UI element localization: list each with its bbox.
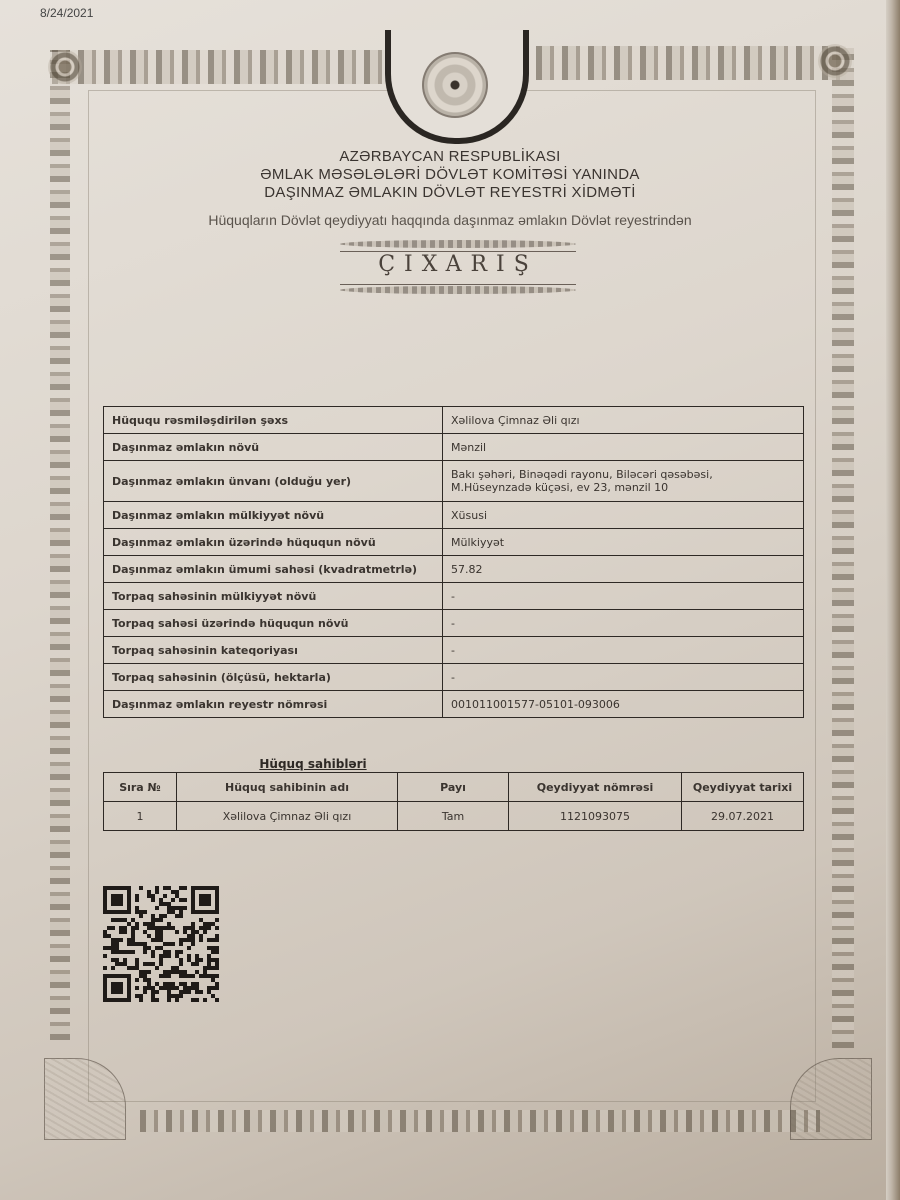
table-row: Torpaq sahəsi üzərində hüququn növü- [104,610,804,637]
table-cell: Tam [398,802,509,831]
column-header: Hüquq sahibinin adı [177,773,398,802]
table-row: Torpaq sahəsinin mülkiyyət növü- [104,583,804,610]
field-value: Bakı şəhəri, Binəqədi rayonu, Biləcəri q… [443,461,804,502]
table-row: Daşınmaz əmlakın növüMənzil [104,434,804,461]
field-value: Xüsusi [443,502,804,529]
field-label: Daşınmaz əmlakın mülkiyyət növü [104,502,443,529]
field-value: Mülkiyyət [443,529,804,556]
table-row: Torpaq sahəsinin (ölçüsü, hektarla)- [104,664,804,691]
field-label: Daşınmaz əmlakın ümumi sahəsi (kvadratme… [104,556,443,583]
document-title: ÇIXARIŞ [340,252,576,277]
column-header: Qeydiyyat nömrəsi [509,773,682,802]
table-cell: 1 [104,802,177,831]
field-value: - [443,583,804,610]
table-row: Daşınmaz əmlakın üzərində hüququn növüMü… [104,529,804,556]
rosette-icon [48,50,82,84]
field-label: Torpaq sahəsinin mülkiyyət növü [104,583,443,610]
header-line-1: AZƏRBAYCAN RESPUBLİKASI [0,148,900,165]
owners-caption: Hüquq sahibləri [103,757,523,771]
owners-table: Sıra № Hüquq sahibinin adı Payı Qeydiyya… [103,772,804,831]
field-label: Daşınmaz əmlakın üzərində hüququn növü [104,529,443,556]
ornamental-border-top-left [52,50,412,84]
field-value: Mənzil [443,434,804,461]
table-row: Daşınmaz əmlakın ümumi sahəsi (kvadratme… [104,556,804,583]
state-emblem-icon [422,52,488,118]
field-value: - [443,610,804,637]
table-row: Daşınmaz əmlakın reyestr nömrəsi00101100… [104,691,804,718]
table-cell: 29.07.2021 [682,802,804,831]
field-label: Daşınmaz əmlakın ünvanı (olduğu yer) [104,461,443,502]
field-label: Daşınmaz əmlakın reyestr nömrəsi [104,691,443,718]
field-label: Hüququ rəsmiləşdirilən şəxs [104,407,443,434]
field-label: Torpaq sahəsinin kateqoriyası [104,637,443,664]
table-row: Torpaq sahəsinin kateqoriyası- [104,637,804,664]
field-value: Xəlilova Çimnaz Əli qızı [443,407,804,434]
table-cell: 1121093075 [509,802,682,831]
field-label: Torpaq sahəsi üzərində hüququn növü [104,610,443,637]
document-subtitle: Hüquqların Dövlət qeydiyyatı haqqında da… [0,212,900,228]
field-value: 57.82 [443,556,804,583]
field-value: - [443,637,804,664]
table-row: 1Xəlilova Çimnaz Əli qızıTam112109307529… [104,802,804,831]
print-date: 8/24/2021 [40,6,93,20]
header-line-2: ƏMLAK MƏSƏLƏLƏRİ DÖVLƏT KOMİTƏSİ YANINDA [0,166,900,183]
ornamental-border-bottom [140,1110,820,1132]
property-info-table: Hüququ rəsmiləşdirilən şəxsXəlilova Çimn… [103,406,804,718]
field-value: - [443,664,804,691]
qr-code-icon [103,886,219,1002]
table-cell: Xəlilova Çimnaz Əli qızı [177,802,398,831]
table-row: Daşınmaz əmlakın mülkiyyət növüXüsusi [104,502,804,529]
divider [340,284,576,285]
title-ornament-icon [340,240,576,248]
table-row: Daşınmaz əmlakın ünvanı (olduğu yer)Bakı… [104,461,804,502]
ornamental-border-top-right [536,46,846,80]
column-header: Sıra № [104,773,177,802]
field-label: Torpaq sahəsinin (ölçüsü, hektarla) [104,664,443,691]
column-header: Qeydiyyat tarixi [682,773,804,802]
rosette-icon [818,44,852,78]
title-ornament-icon [340,286,576,294]
owners-header-row: Sıra № Hüquq sahibinin adı Payı Qeydiyya… [104,773,804,802]
field-value: 001011001577-05101-093006 [443,691,804,718]
header-line-3: DAŞINMAZ ƏMLAKIN DÖVLƏT REYESTRİ XİDMƏTİ [0,184,900,201]
table-row: Hüququ rəsmiləşdirilən şəxsXəlilova Çimn… [104,407,804,434]
field-label: Daşınmaz əmlakın növü [104,434,443,461]
column-header: Payı [398,773,509,802]
